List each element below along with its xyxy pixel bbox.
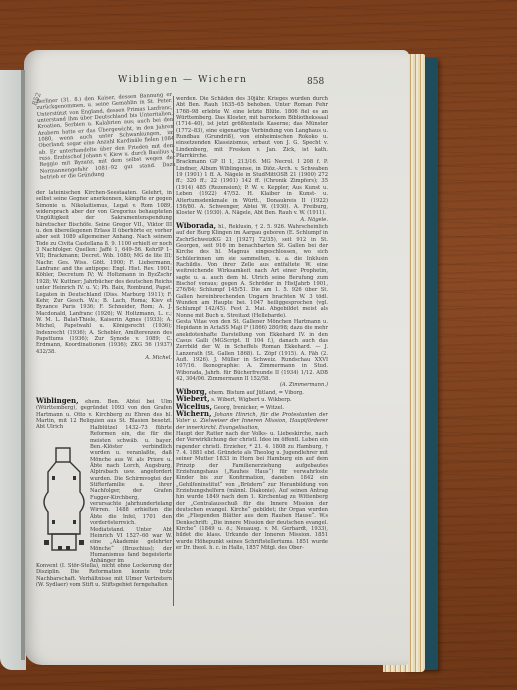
short-entry-text: Georg, Irenicker, = Witzel. <box>214 405 284 411</box>
book-gutter <box>21 70 25 660</box>
short-entry-head: Wichern, <box>176 409 211 418</box>
entry-wiborada-head: Wiborada, <box>176 221 216 230</box>
short-entry-text: s. Wibert, Wigbert u. Wikberp. <box>211 397 291 403</box>
right-literature: Brackmann GP II 1, 213/16. MG Necrol. I … <box>176 159 328 216</box>
entry-wichern-text: Haupt der Ratter nach der Volks- u. Lieb… <box>176 431 328 552</box>
left-column-mid: der lateinischen Kirchen-Seestaaten. Gel… <box>36 190 172 390</box>
entry-wiborada-literature: Gesta Vitae von den St. Gallener Mönchen… <box>176 319 328 382</box>
left-signature: A. Michel. <box>36 355 172 361</box>
entry-wiblingen-head: Wiblingen, <box>36 396 79 405</box>
left-mid-text: der lateinischen Kirchen-Seestaaten. Gel… <box>36 190 172 355</box>
page-number: 858 <box>307 77 324 87</box>
right-top-text: werden. Die Schäden des 30jähr. Krieges … <box>176 96 328 159</box>
church-floorplan-illustration <box>38 446 90 556</box>
left-column-top: Berliner (31. 8.) den Kaiser, dessen Ban… <box>36 92 177 199</box>
right-column: werden. Die Schäden des 30jähr. Krieges … <box>176 96 328 601</box>
short-entry: Wichern, Johann Hinrich, für die Protest… <box>176 411 328 431</box>
entry-wiblingen-continued: Halblützel 1432–73 führte Reformen ein, … <box>90 425 172 565</box>
left-top-text: Berliner (31. 8.) den Kaiser, dessen Ban… <box>36 92 176 181</box>
entry-wiblingen-end: Konvent (I. Stör-Stella), nicht ohne Loc… <box>36 563 172 588</box>
column-divider <box>173 96 174 606</box>
short-entry-text: ehem. Bistum auf Jütland, = Viborg. <box>209 390 304 396</box>
entry-wiborada-text: hl., Reklusin, † 2. 5. 926. Wahrscheinli… <box>176 224 328 319</box>
running-head: Wiblingen — Wichern <box>118 75 328 85</box>
